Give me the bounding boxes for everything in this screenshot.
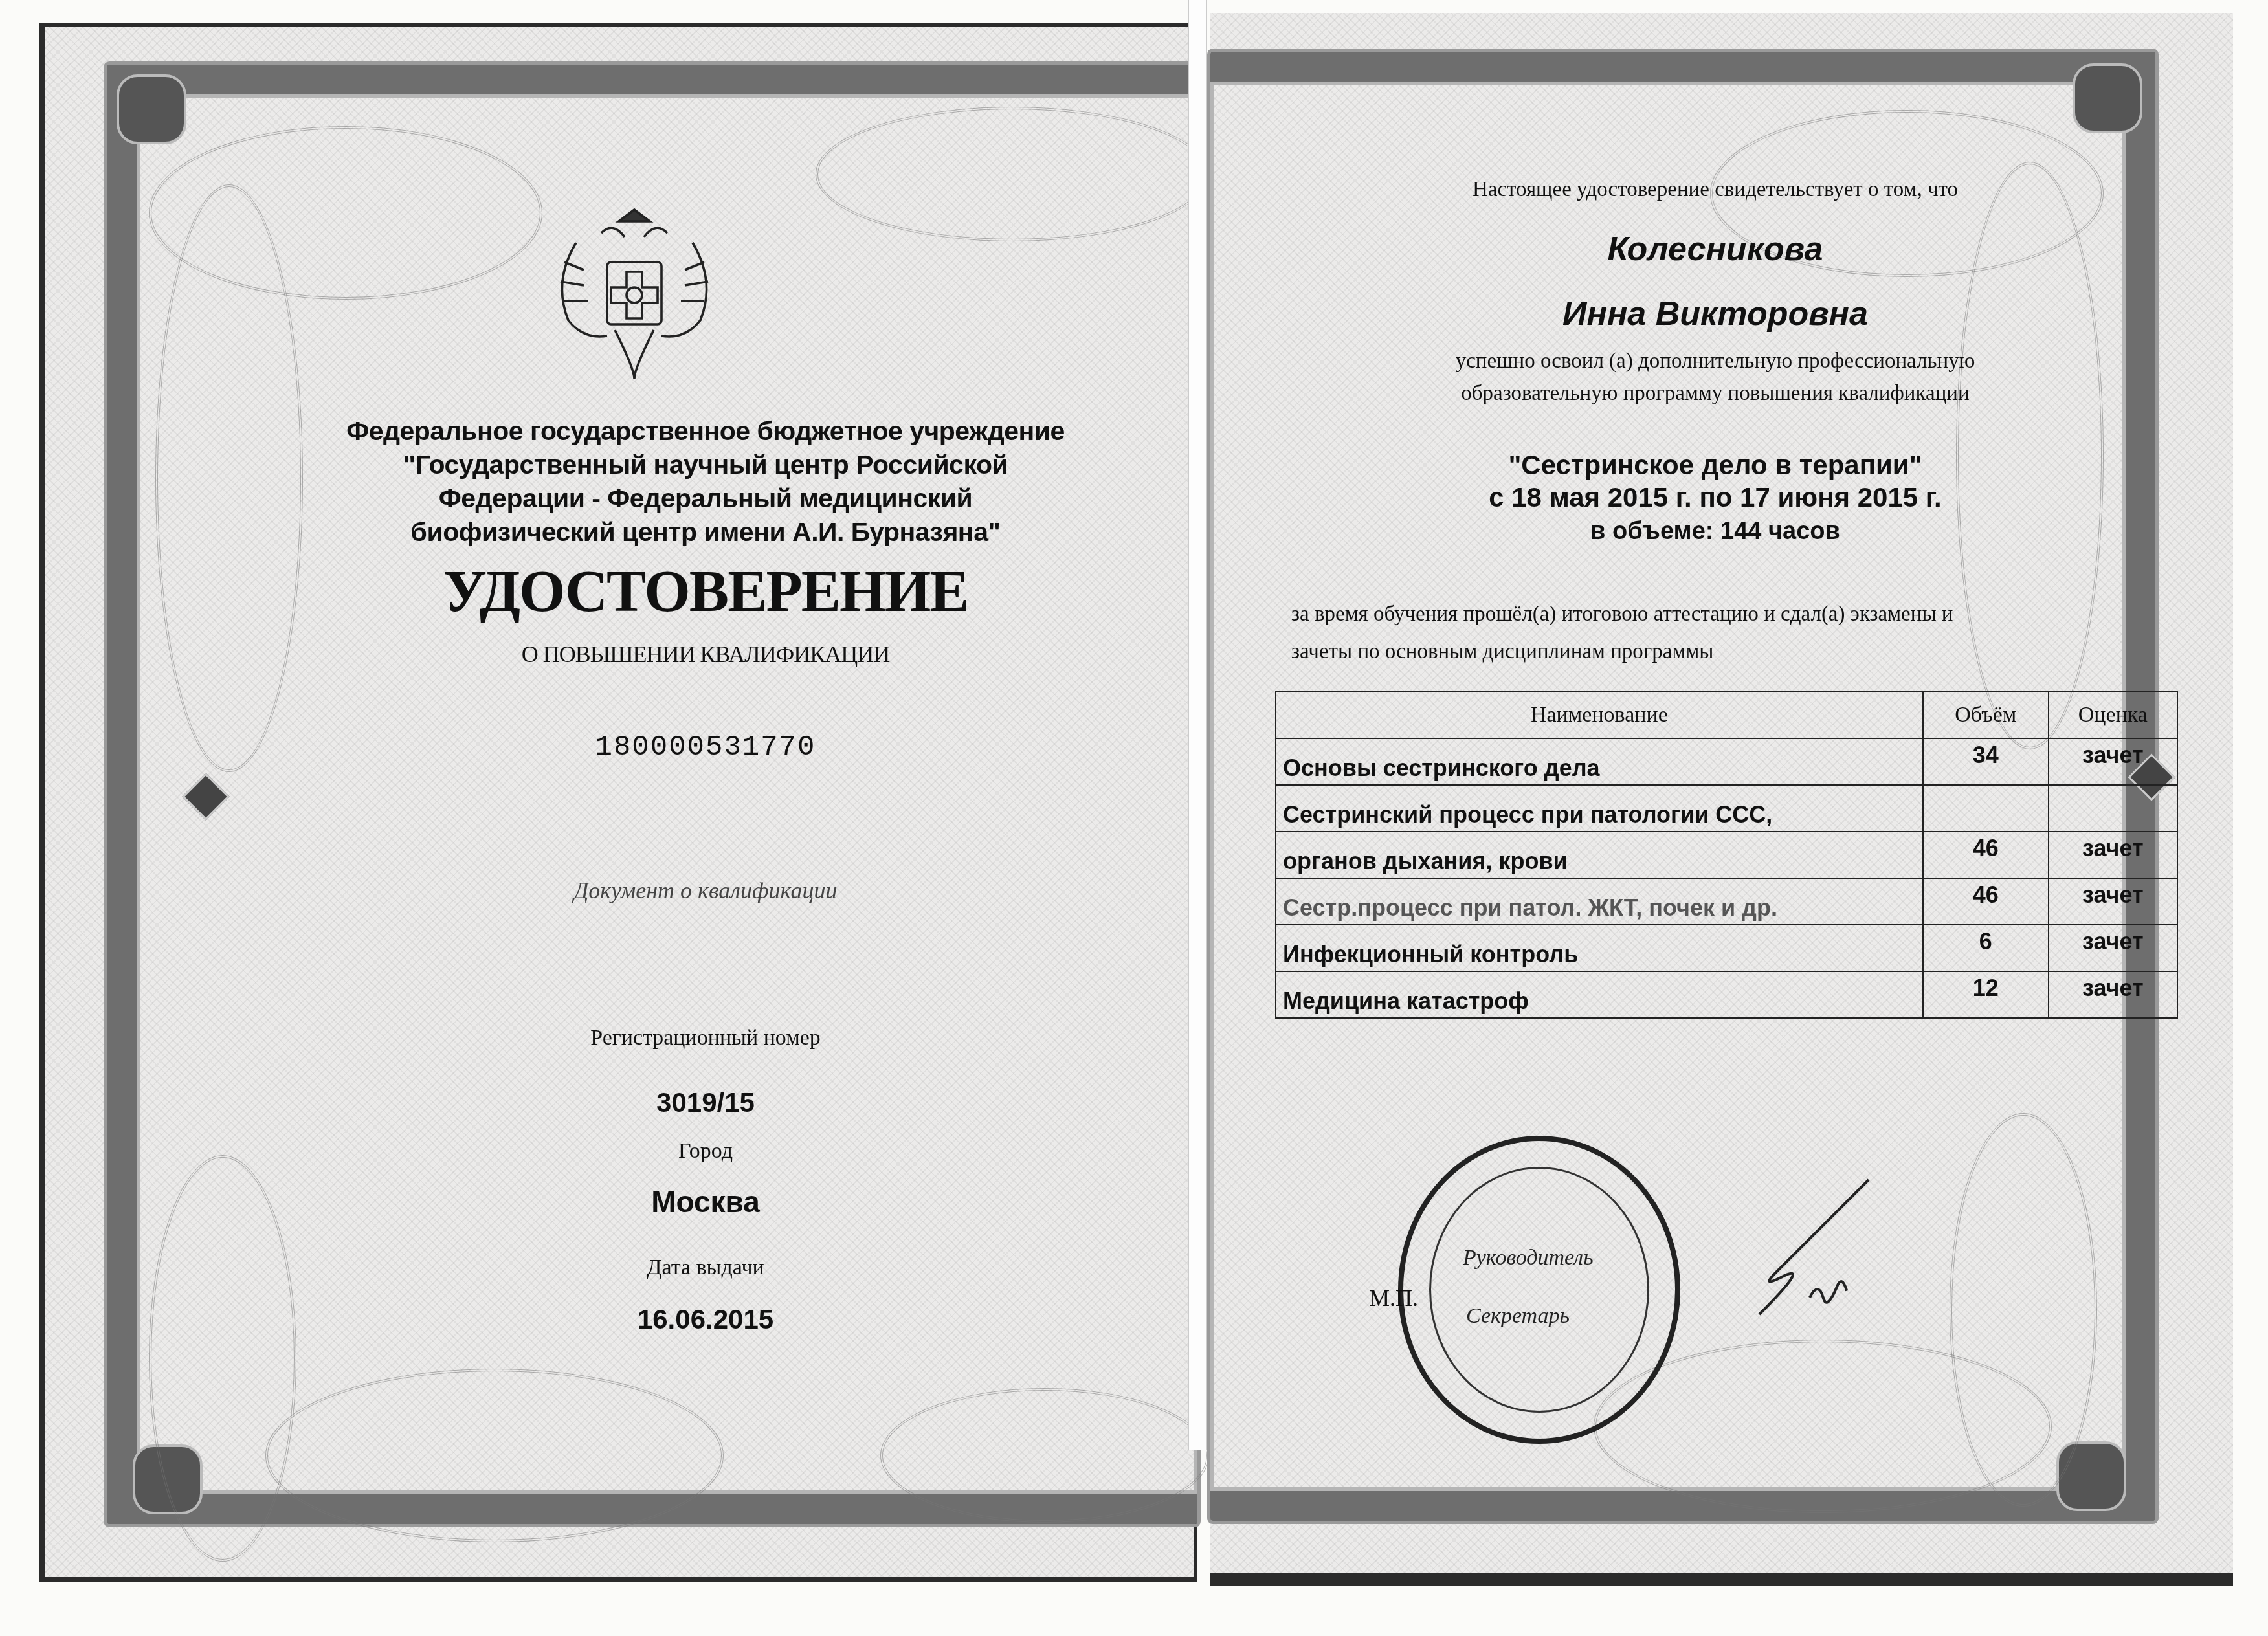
subject-hours: 12 xyxy=(1923,971,2049,1018)
subject-name: Медицина катастроф xyxy=(1276,971,1923,1018)
guilloche-swirl-icon xyxy=(816,107,1209,241)
subject-hours: 34 xyxy=(1923,738,2049,785)
double-headed-eagle-emblem-icon xyxy=(537,194,731,388)
document-subtitle: О ПОВЫШЕНИИ КВАЛИФИКАЦИИ xyxy=(285,641,1126,668)
column-header-name: Наименование xyxy=(1276,692,1923,738)
exam-statement: за время обучения прошёл(а) итоговою атт… xyxy=(1291,595,2133,670)
completion-statement-line: успешно освоил (а) дополнительную профес… xyxy=(1295,349,2136,373)
registration-number: 3019/15 xyxy=(285,1087,1126,1118)
program-title: "Сестринское дело в терапии" xyxy=(1295,450,2136,481)
subject-grade: зачет xyxy=(2049,878,2177,925)
subject-name: Сестр.процесс при патол. ЖКТ, почек и др… xyxy=(1276,878,1923,925)
holder-given-names: Инна Викторовна xyxy=(1295,294,2136,333)
binding-thread xyxy=(1188,0,1207,1450)
city-label: Город xyxy=(285,1139,1126,1164)
subject-grade: зачет xyxy=(2049,832,2177,878)
certificate-intro: Настоящее удостоверение свидетельствует … xyxy=(1295,178,2136,202)
subjects-table: Наименование Объём Оценка Основы сестрин… xyxy=(1275,691,2178,1019)
issue-date-label: Дата выдачи xyxy=(285,1255,1126,1280)
subject-hours: 6 xyxy=(1923,925,2049,971)
exam-statement-line: за время обучения прошёл(а) итоговою атт… xyxy=(1291,595,2133,633)
subject-name: Сестринский процесс при патологии ССС, xyxy=(1276,785,1923,832)
subject-hours: 46 xyxy=(1923,878,2049,925)
subject-grade xyxy=(2049,785,2177,832)
organization-line: биофизический центр имени А.И. Бурназяна… xyxy=(285,515,1126,549)
table-row: Инфекционный контроль 6 зачет xyxy=(1276,925,2177,971)
handwritten-signature-icon xyxy=(1709,1165,1877,1346)
column-header-grade: Оценка xyxy=(2049,692,2177,738)
document-type: Документ о квалификации xyxy=(285,877,1126,904)
serial-number: 180000531770 xyxy=(285,731,1126,764)
table-row: Медицина катастроф 12 зачет xyxy=(1276,971,2177,1018)
head-signature-label: Руководитель xyxy=(1463,1246,1594,1270)
holder-surname: Колесникова xyxy=(1295,230,2136,269)
subject-grade: зачет xyxy=(2049,971,2177,1018)
subject-name: органов дыхания, крови xyxy=(1276,832,1923,878)
document-title: УДОСТОВЕРЕНИЕ xyxy=(285,557,1126,625)
issue-date: 16.06.2015 xyxy=(285,1304,1126,1335)
seal-inner-ring xyxy=(1429,1167,1649,1413)
completion-statement-line: образовательную программу повышения квал… xyxy=(1295,382,2136,406)
program-dates: с 18 мая 2015 г. по 17 июня 2015 г. xyxy=(1295,482,2136,513)
table-row: Основы сестринского дела 34 зачет xyxy=(1276,738,2177,785)
organization-line: Федерации - Федеральный медицинский xyxy=(285,481,1126,515)
table-row: органов дыхания, крови 46 зачет xyxy=(1276,832,2177,878)
organization-line: Федеральное государственное бюджетное уч… xyxy=(285,414,1126,448)
subject-hours: 46 xyxy=(1923,832,2049,878)
seal-place-label: М.П. xyxy=(1369,1285,1418,1312)
guilloche-swirl-icon xyxy=(880,1388,1209,1523)
official-seal-stamp-icon xyxy=(1398,1136,1680,1444)
city-value: Москва xyxy=(285,1184,1126,1219)
guilloche-swirl-icon xyxy=(149,1155,296,1562)
program-hours: в объеме: 144 часов xyxy=(1295,518,2136,546)
frame-corner-ornament-icon xyxy=(2073,63,2142,133)
subject-grade: зачет xyxy=(2049,925,2177,971)
frame-corner-ornament-icon xyxy=(117,74,186,144)
subject-grade: зачет xyxy=(2049,738,2177,785)
guilloche-swirl-icon xyxy=(155,184,303,772)
secretary-signature-label: Секретарь xyxy=(1466,1304,1570,1329)
guilloche-swirl-icon xyxy=(1594,1340,2052,1513)
table-row: Сестр.процесс при патол. ЖКТ, почек и др… xyxy=(1276,878,2177,925)
subject-name: Инфекционный контроль xyxy=(1276,925,1923,971)
guilloche-swirl-icon xyxy=(265,1369,724,1542)
issuing-organization: Федеральное государственное бюджетное уч… xyxy=(285,414,1126,549)
table-header-row: Наименование Объём Оценка xyxy=(1276,692,2177,738)
subject-name: Основы сестринского дела xyxy=(1276,738,1923,785)
column-header-hours: Объём xyxy=(1923,692,2049,738)
exam-statement-line: зачеты по основным дисциплинам программы xyxy=(1291,633,2133,670)
registration-number-label: Регистрационный номер xyxy=(285,1026,1126,1050)
subject-hours xyxy=(1923,785,2049,832)
organization-line: "Государственный научный центр Российско… xyxy=(285,448,1126,481)
table-row: Сестринский процесс при патологии ССС, xyxy=(1276,785,2177,832)
